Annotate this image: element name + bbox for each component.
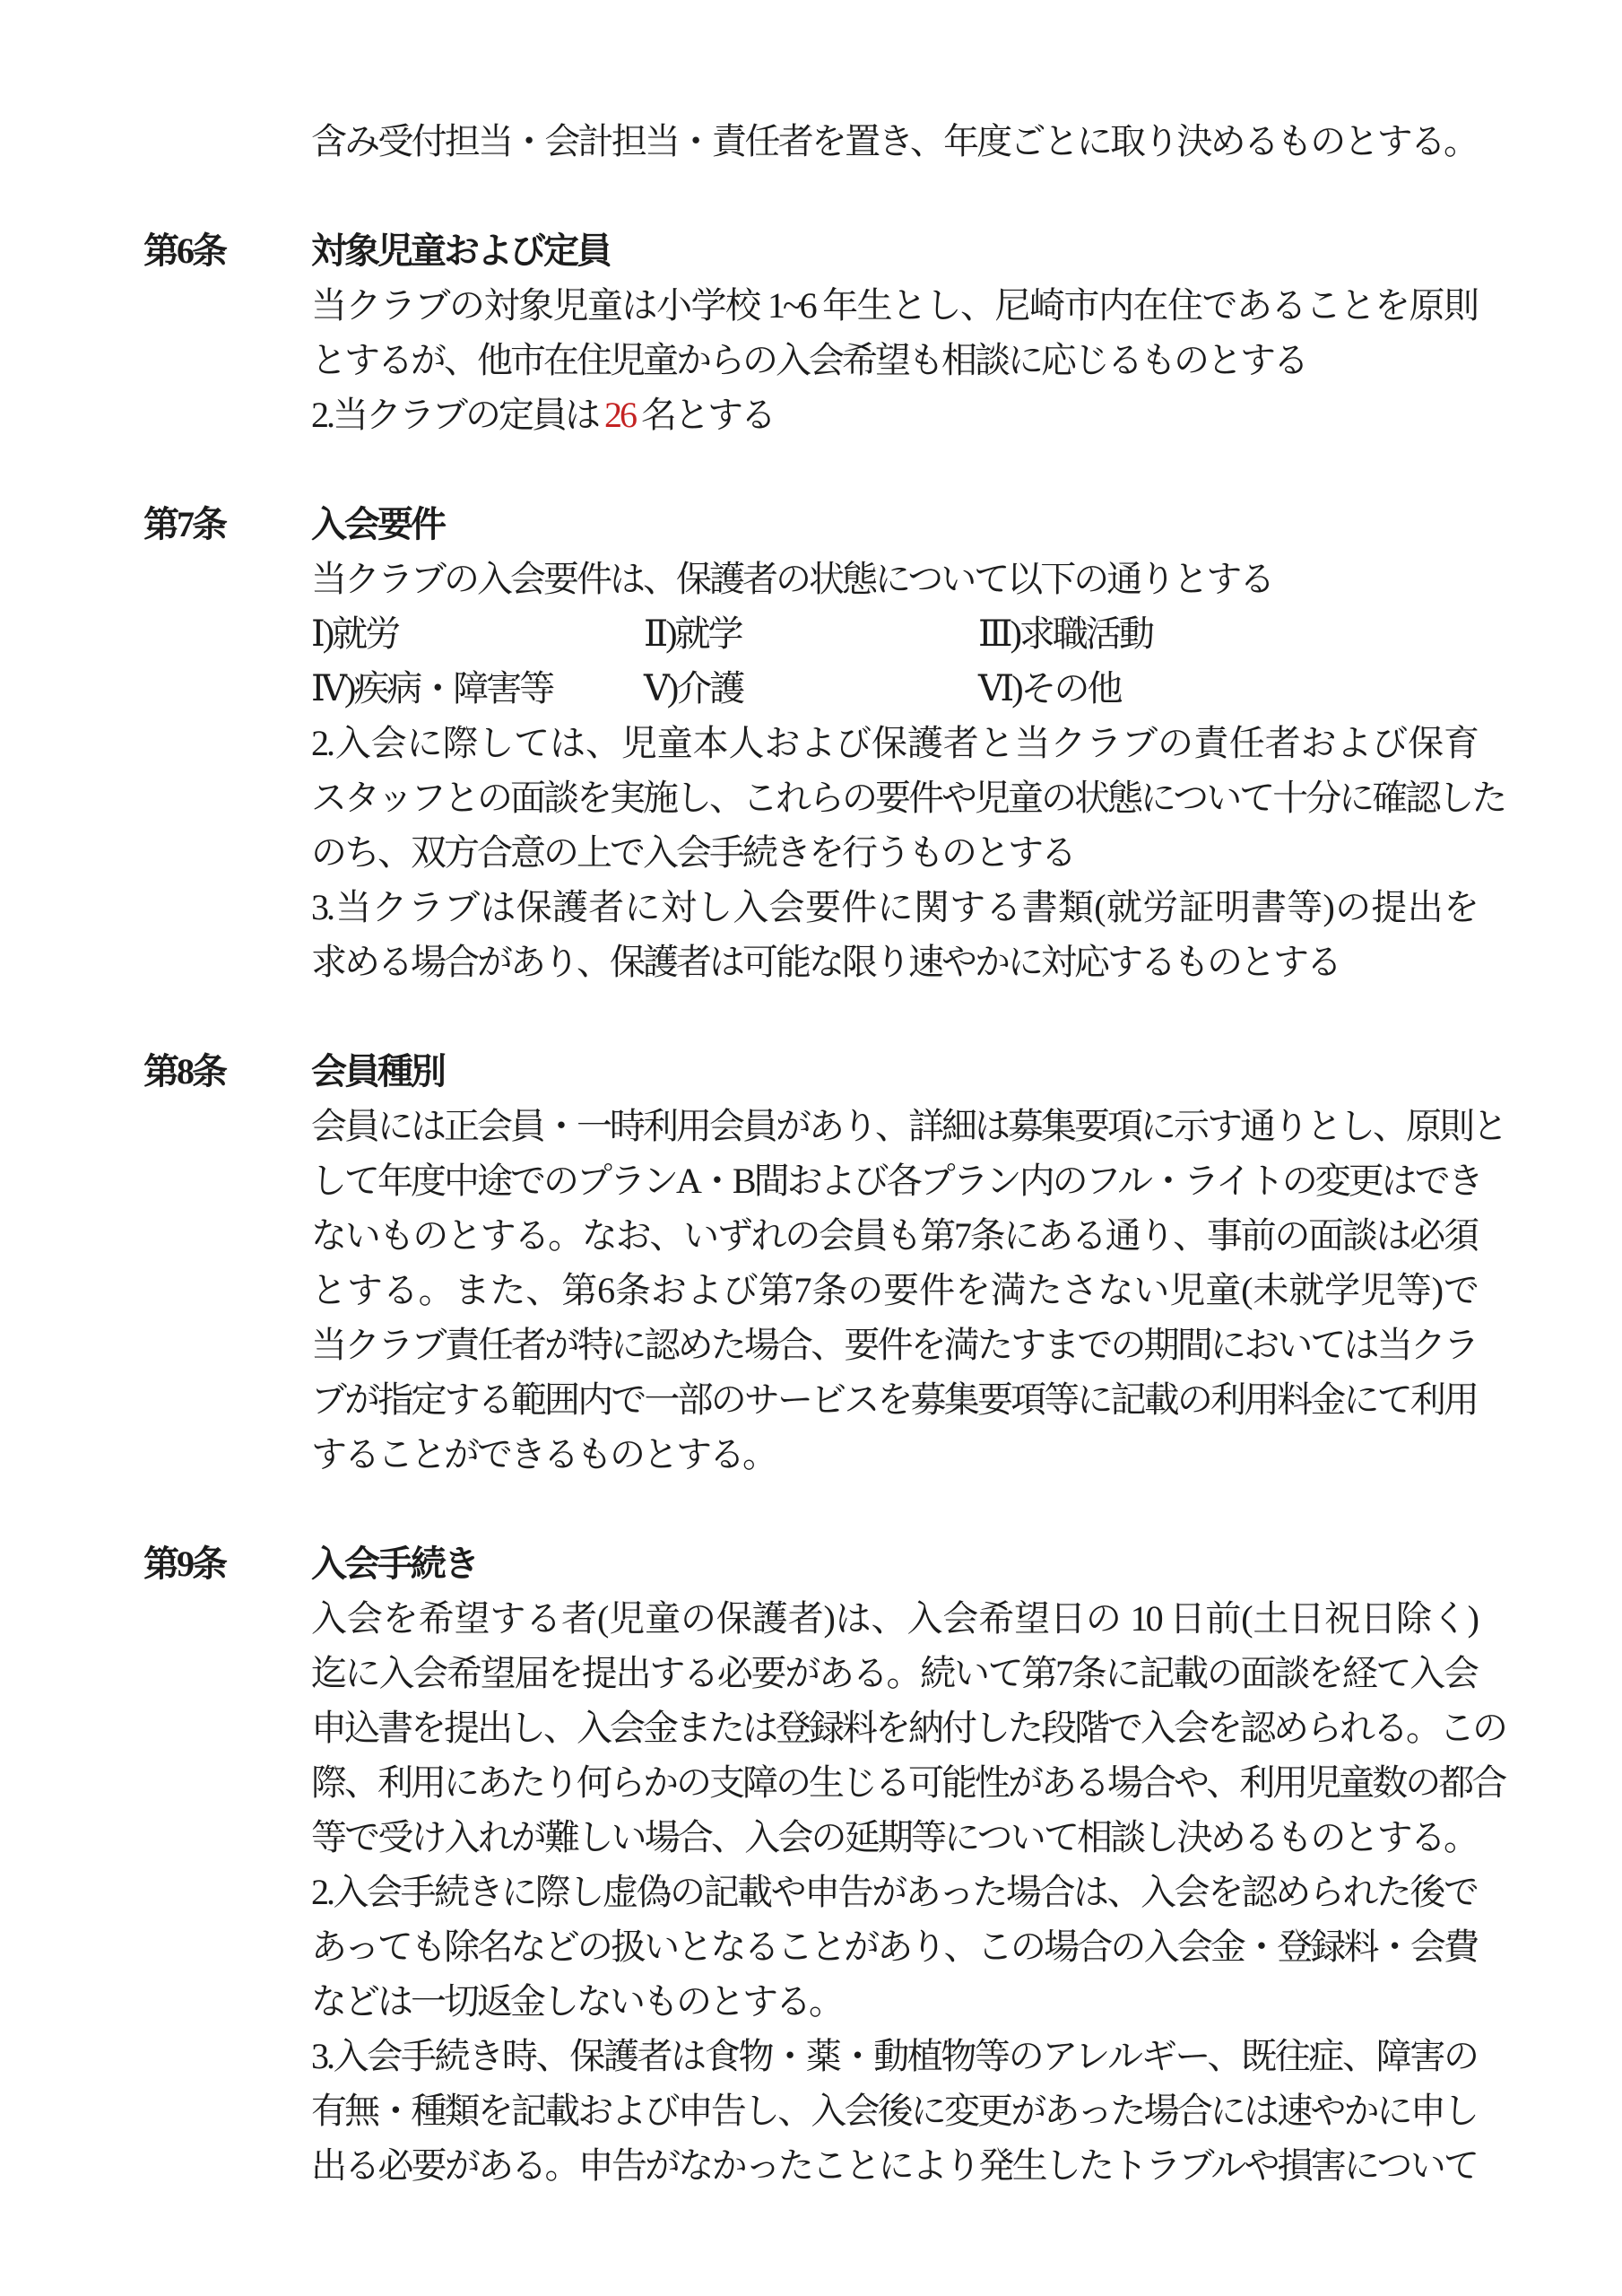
article-title: 会員種別 xyxy=(311,1044,444,1099)
requirement-item: Ⅰ)就労 xyxy=(311,606,398,661)
text-line: 3.入会手続き時、保護者は食物・薬・動植物等のアレルギー、既往症、障害の xyxy=(0,2029,1622,2083)
requirement-row: Ⅰ)就労Ⅱ)就学Ⅲ)求職活動 xyxy=(0,606,1622,661)
text-line-content: 出る必要がある。申告がなかったことにより発生したトラブルや損害について xyxy=(311,2138,1477,2193)
article-title: 対象児童および定員 xyxy=(311,223,610,278)
text-line: して年度中途でのプランA・B間および各プラン内のフル・ライトの変更はでき xyxy=(0,1153,1622,1208)
text-line-content: 有無・種類を記載および申告し、入会後に変更があった場合には速やかに申し xyxy=(311,2083,1477,2138)
text-line: 申込書を提出し、入会金または登録料を納付した段階で入会を認められる。この xyxy=(0,1700,1622,1755)
text-line: 3.当クラブは保護者に対し入会要件に関する書類(就労証明書等)の提出を xyxy=(0,880,1622,935)
article-number: 第8条 xyxy=(143,1044,225,1099)
text-line-content: 3.入会手続き時、保護者は食物・薬・動植物等のアレルギー、既往症、障害の xyxy=(311,2029,1477,2083)
text-line: 出る必要がある。申告がなかったことにより発生したトラブルや損害について xyxy=(0,2138,1622,2193)
text-line-content: 3.当クラブは保護者に対し入会要件に関する書類(就労証明書等)の提出を xyxy=(311,880,1477,935)
text-line-content: 2.入会に際しては、児童本人および保護者と当クラブの責任者および保育 xyxy=(311,716,1477,770)
text-line: 2.当クラブの定員は 26 名とする xyxy=(0,387,1622,442)
article-title: 入会要件 xyxy=(311,497,444,552)
text-line-content: 2.当クラブの定員は 26 名とする xyxy=(311,387,1622,442)
text-line: 迄に入会希望届を提出する必要がある。続いて第7条に記載の面談を経て入会 xyxy=(0,1646,1622,1700)
text-line-content: 入会を希望する者(児童の保護者)は、入会希望日の 10 日前(土日祝日除く) xyxy=(311,1591,1477,1646)
text-line-content: 等で受け入れが難しい場合、入会の延期等について相談し決めるものとする。 xyxy=(311,1810,1477,1865)
text-line-content: 申込書を提出し、入会金または登録料を納付した段階で入会を認められる。この xyxy=(311,1700,1477,1755)
text-line: ないものとする。なお、いずれの会員も第7条にある通り、事前の面談は必須 xyxy=(0,1208,1622,1263)
text-line: 含み受付担当・会計担当・責任者を置き、年度ごとに取り決めるものとする。 xyxy=(0,114,1622,169)
article-heading-row: 第6条対象児童および定員 xyxy=(0,223,1622,278)
text-line-content: などは一切返金しないものとする。 xyxy=(311,1974,1622,2029)
text-segment: 2.当クラブの定員は xyxy=(311,395,604,435)
text-line: 求める場合があり、保護者は可能な限り速やかに対応するものとする xyxy=(0,935,1622,989)
requirement-item: Ⅵ)その他 xyxy=(978,661,1121,716)
text-line: 当クラブ責任者が特に認めた場合、要件を満たすまでの期間においては当クラ xyxy=(0,1318,1622,1372)
text-line-content: 際、利用にあたり何らかの支障の生じる可能性がある場合や、利用児童数の都合 xyxy=(311,1755,1477,1810)
text-line-content: 2.入会手続きに際し虚偽の記載や申告があった場合は、入会を認められた後で xyxy=(311,1865,1477,1919)
text-line-content: 当クラブの対象児童は小学校 1~6 年生とし、尼崎市内在住であることを原則 xyxy=(311,278,1477,333)
document-page: 含み受付担当・会計担当・責任者を置き、年度ごとに取り決めるものとする。第6条対象… xyxy=(0,0,1622,2296)
article-number: 第9条 xyxy=(143,1536,225,1591)
text-line-content: 当クラブの入会要件は、保護者の状態について以下の通りとする xyxy=(311,552,1622,606)
text-line: 入会を希望する者(児童の保護者)は、入会希望日の 10 日前(土日祝日除く) xyxy=(0,1591,1622,1646)
article-heading-row: 第9条入会手続き xyxy=(0,1536,1622,1591)
article-number: 第7条 xyxy=(143,497,225,552)
requirement-item: Ⅲ)求職活動 xyxy=(978,606,1152,661)
text-line-content: 含み受付担当・会計担当・責任者を置き、年度ごとに取り決めるものとする。 xyxy=(311,114,1477,169)
text-line-content: あっても除名などの扱いとなることがあり、この場合の入会金・登録料・会費 xyxy=(311,1919,1477,1974)
text-line-content: スタッフとの面談を実施し、これらの要件や児童の状態について十分に確認した xyxy=(311,770,1477,825)
text-line: 有無・種類を記載および申告し、入会後に変更があった場合には速やかに申し xyxy=(0,2083,1622,2138)
requirement-item: Ⅱ)就学 xyxy=(644,606,742,661)
text-line: スタッフとの面談を実施し、これらの要件や児童の状態について十分に確認した xyxy=(0,770,1622,825)
article-heading-row: 第7条入会要件 xyxy=(0,497,1622,552)
text-line-content: することができるものとする。 xyxy=(311,1427,1622,1482)
text-line: とするが、他市在住児童からの入会希望も相談に応じるものとする xyxy=(0,333,1622,387)
text-line-content: とするが、他市在住児童からの入会希望も相談に応じるものとする xyxy=(311,333,1622,387)
text-line: 当クラブの入会要件は、保護者の状態について以下の通りとする xyxy=(0,552,1622,606)
text-line: ブが指定する範囲内で一部のサービスを募集要項等に記載の利用料金にて利用 xyxy=(0,1372,1622,1427)
article-number: 第6条 xyxy=(143,223,225,278)
text-line-content: 迄に入会希望届を提出する必要がある。続いて第7条に記載の面談を経て入会 xyxy=(311,1646,1477,1700)
text-line: などは一切返金しないものとする。 xyxy=(0,1974,1622,2029)
text-line-content: して年度中途でのプランA・B間および各プラン内のフル・ライトの変更はでき xyxy=(311,1153,1477,1208)
text-line: 2.入会手続きに際し虚偽の記載や申告があった場合は、入会を認められた後で xyxy=(0,1865,1622,1919)
requirement-item: Ⅳ)疾病・障害等 xyxy=(311,661,552,716)
content: 含み受付担当・会計担当・責任者を置き、年度ごとに取り決めるものとする。第6条対象… xyxy=(0,114,1622,2193)
text-line: あっても除名などの扱いとなることがあり、この場合の入会金・登録料・会費 xyxy=(0,1919,1622,1974)
text-line: のち、双方合意の上で入会手続きを行うものとする xyxy=(0,825,1622,880)
text-line-content: ブが指定する範囲内で一部のサービスを募集要項等に記載の利用料金にて利用 xyxy=(311,1372,1477,1427)
capacity-number: 26 xyxy=(604,395,635,435)
text-line-content: のち、双方合意の上で入会手続きを行うものとする xyxy=(311,825,1622,880)
requirement-item: Ⅴ)介護 xyxy=(644,661,742,716)
text-line-content: 当クラブ責任者が特に認めた場合、要件を満たすまでの期間においては当クラ xyxy=(311,1318,1477,1372)
text-line: 2.入会に際しては、児童本人および保護者と当クラブの責任者および保育 xyxy=(0,716,1622,770)
text-line-content: 求める場合があり、保護者は可能な限り速やかに対応するものとする xyxy=(311,935,1622,989)
text-line-content: 会員には正会員・一時利用会員があり、詳細は募集要項に示す通りとし、原則と xyxy=(311,1099,1477,1153)
spacer xyxy=(0,1482,1622,1536)
spacer xyxy=(0,989,1622,1044)
requirement-row: Ⅳ)疾病・障害等Ⅴ)介護Ⅵ)その他 xyxy=(0,661,1622,716)
text-line-content: とする。また、第6条および第7条の要件を満たさない児童(未就学児等)で xyxy=(311,1263,1477,1318)
text-line: することができるものとする。 xyxy=(0,1427,1622,1482)
text-segment: 名とする xyxy=(635,395,774,435)
spacer xyxy=(0,442,1622,497)
text-line: 際、利用にあたり何らかの支障の生じる可能性がある場合や、利用児童数の都合 xyxy=(0,1755,1622,1810)
spacer xyxy=(0,169,1622,223)
text-line: 当クラブの対象児童は小学校 1~6 年生とし、尼崎市内在住であることを原則 xyxy=(0,278,1622,333)
article-heading-row: 第8条会員種別 xyxy=(0,1044,1622,1099)
text-line-content: ないものとする。なお、いずれの会員も第7条にある通り、事前の面談は必須 xyxy=(311,1208,1477,1263)
article-title: 入会手続き xyxy=(311,1536,477,1591)
text-line: とする。また、第6条および第7条の要件を満たさない児童(未就学児等)で xyxy=(0,1263,1622,1318)
text-line: 会員には正会員・一時利用会員があり、詳細は募集要項に示す通りとし、原則と xyxy=(0,1099,1622,1153)
text-line: 等で受け入れが難しい場合、入会の延期等について相談し決めるものとする。 xyxy=(0,1810,1622,1865)
